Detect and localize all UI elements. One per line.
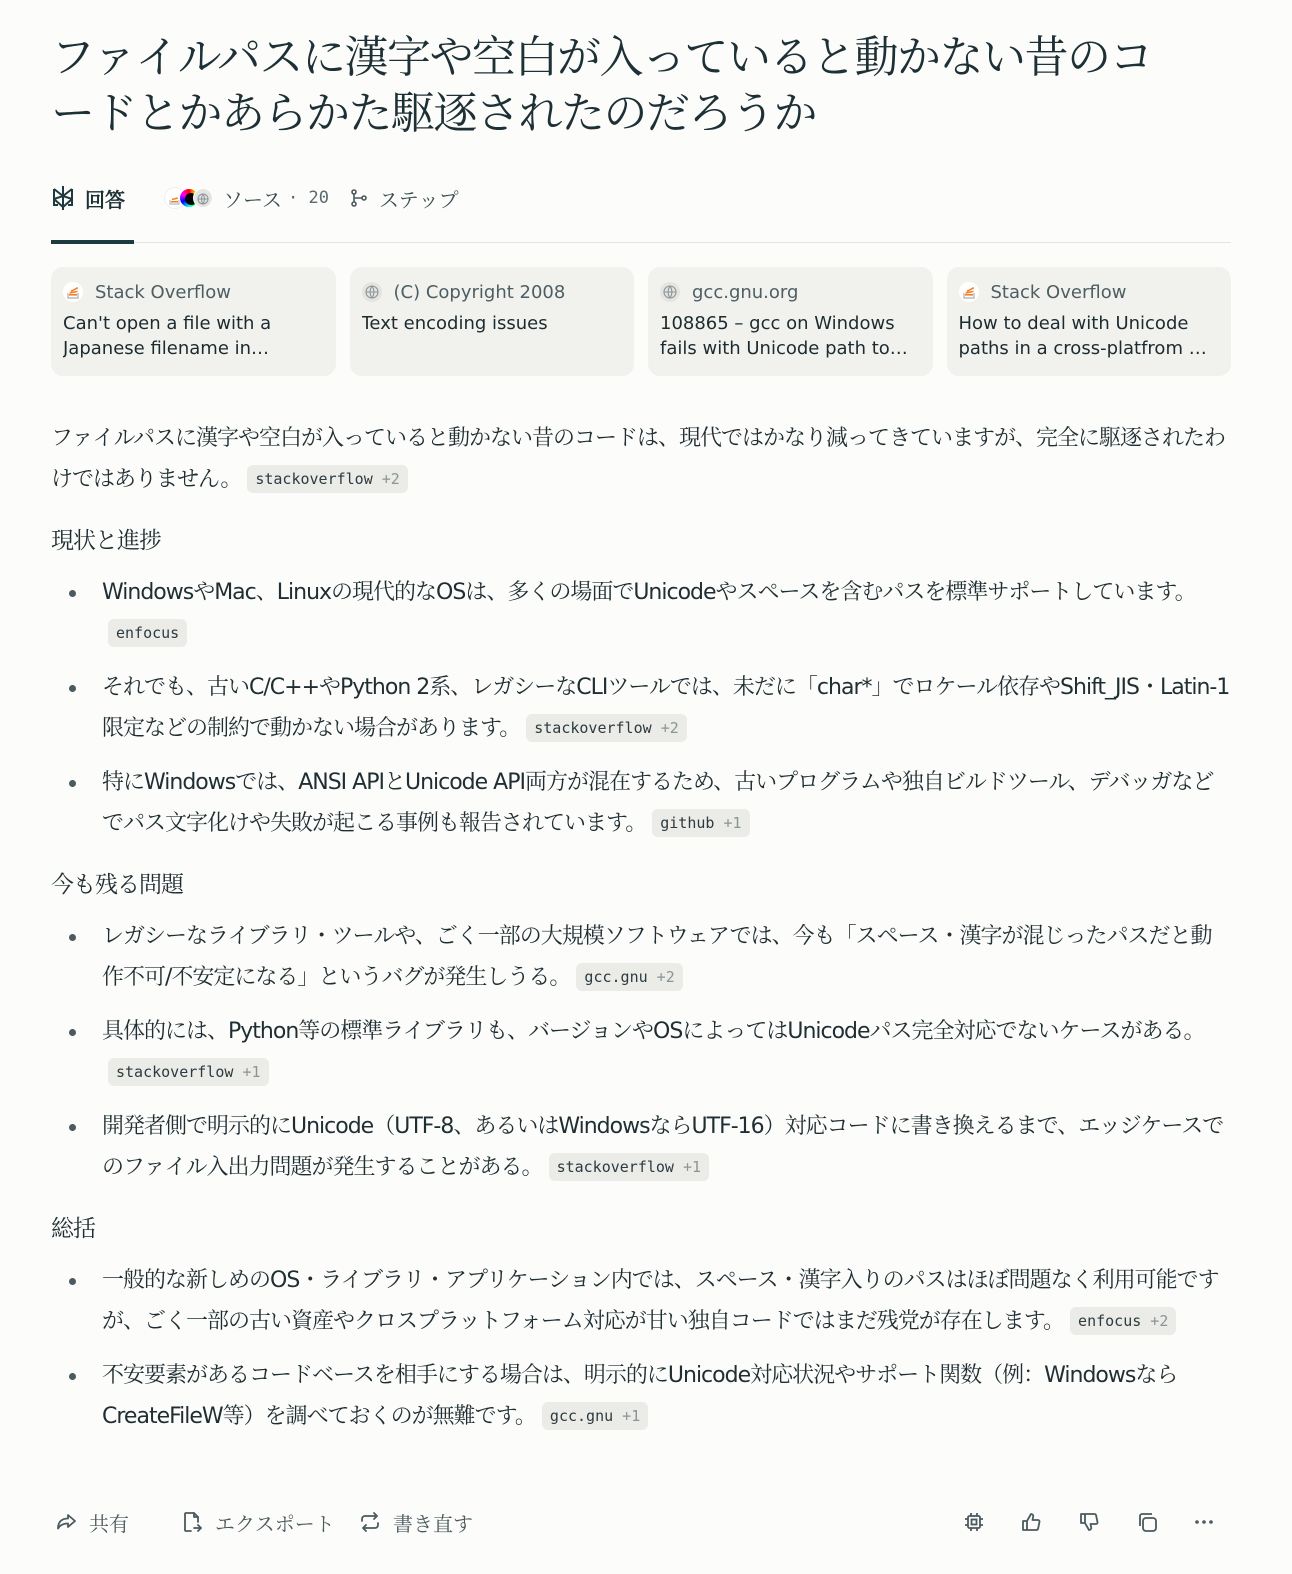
stackoverflow-icon — [959, 282, 979, 302]
citation-more: +2 — [661, 719, 679, 737]
citation-source: gcc.gnu — [550, 1407, 613, 1425]
share-button[interactable]: 共有 — [55, 1500, 129, 1544]
citation-more: +1 — [622, 1407, 640, 1425]
repeat-icon — [359, 1511, 381, 1533]
citation-more: +1 — [242, 1063, 260, 1081]
source-card[interactable]: Stack Overflow Can't open a file with a … — [51, 267, 336, 376]
answer-content: ファイルパスに漢字や空白が入っていると動かない昔のコードは、現代ではかなり減って… — [51, 418, 1231, 1450]
stackoverflow-icon — [63, 282, 83, 302]
list-item: 不安要素があるコードベースを相手にする場合は、明示的にUnicode対応状況やサ… — [51, 1355, 1231, 1437]
source-title: 108865 – gcc on Windows fails with Unico… — [660, 311, 921, 361]
source-site: (C) Copyright 2008 — [394, 282, 566, 303]
section-heading: 今も残る問題 — [51, 865, 1231, 906]
citation-badge[interactable]: enfocus +2 — [1070, 1307, 1176, 1335]
citation-source: enfocus — [116, 624, 179, 642]
bullet-list: レガシーなライブラリ・ツールや、ごく一部の大規模ソフトウェアでは、今も「スペース… — [51, 916, 1231, 1188]
export-button[interactable]: エクスポート — [181, 1500, 335, 1544]
thumbs-down-icon — [1078, 1511, 1100, 1533]
tab-bar: 回答 ソース · 20 ステップ — [51, 176, 1231, 243]
globe-icon — [362, 282, 382, 302]
list-item: それでも、古いC/C++やPython 2系、レガシーなCLIツールでは、未だに… — [51, 667, 1231, 749]
citation-badge[interactable]: gcc.gnu +2 — [576, 963, 682, 991]
section-heading: 総括 — [51, 1209, 1231, 1250]
citation-source: github — [660, 814, 714, 832]
share-icon — [55, 1511, 77, 1533]
citation-badge[interactable]: stackoverflow +1 — [108, 1058, 269, 1086]
citation-source: stackoverflow — [534, 719, 651, 737]
list-item: 特にWindowsでは、ANSI APIとUnicode API両方が混在するた… — [51, 762, 1231, 844]
tab-sources[interactable]: ソース · 20 — [165, 176, 329, 220]
steps-icon — [349, 188, 369, 208]
source-site: gcc.gnu.org — [692, 282, 798, 303]
sources-count: · 20 — [288, 188, 329, 208]
tab-steps[interactable]: ステップ — [349, 176, 459, 220]
item-text: 具体的には、Python等の標準ライブラリも、バージョンやOSによってはUnic… — [102, 1019, 1204, 1044]
citation-badge[interactable]: stackoverflow +2 — [247, 465, 408, 493]
answer-actions: 共有 エクスポート 書き直す — [51, 1500, 1231, 1544]
rewrite-label: 書き直す — [393, 1508, 473, 1537]
source-card[interactable]: (C) Copyright 2008 Text encoding issues — [350, 267, 635, 376]
page-title: ファイルパスに漢字や空白が入っていると動かない昔のコードとかあらかた駆逐されたの… — [51, 30, 1191, 142]
intro-text: ファイルパスに漢字や空白が入っていると動かない昔のコードは、現代ではかなり減って… — [51, 426, 1225, 492]
list-item: レガシーなライブラリ・ツールや、ごく一部の大規模ソフトウェアでは、今も「スペース… — [51, 916, 1231, 998]
citation-more: +2 — [1150, 1312, 1168, 1330]
copy-icon — [1136, 1511, 1158, 1533]
cpu-icon — [963, 1511, 985, 1533]
list-item: 一般的な新しめのOS・ライブラリ・アプリケーション内では、スペース・漢字入りのパ… — [51, 1260, 1231, 1342]
list-item: WindowsやMac、Linuxの現代的なOSは、多くの場面でUnicodeや… — [51, 572, 1231, 654]
perplexity-logo-icon — [51, 185, 75, 211]
item-text: 一般的な新しめのOS・ライブラリ・アプリケーション内では、スペース・漢字入りのパ… — [102, 1268, 1219, 1334]
citation-source: stackoverflow — [557, 1158, 674, 1176]
copy-button[interactable] — [1133, 1508, 1161, 1536]
citation-badge[interactable]: github +1 — [652, 809, 749, 837]
tab-answer-label: 回答 — [85, 184, 125, 213]
source-title: Can't open a file with a Japanese filena… — [63, 311, 324, 361]
more-options-button[interactable] — [1190, 1508, 1218, 1536]
citation-more: +1 — [683, 1158, 701, 1176]
thumbs-down-button[interactable] — [1075, 1508, 1103, 1536]
globe-icon — [193, 188, 213, 208]
citation-more: +1 — [723, 814, 741, 832]
list-item: 具体的には、Python等の標準ライブラリも、バージョンやOSによってはUnic… — [51, 1011, 1231, 1093]
source-card[interactable]: gcc.gnu.org 108865 – gcc on Windows fail… — [648, 267, 933, 376]
bullet-list: WindowsやMac、Linuxの現代的なOSは、多くの場面でUnicodeや… — [51, 572, 1231, 844]
model-button[interactable] — [960, 1508, 988, 1536]
source-site: Stack Overflow — [95, 282, 231, 303]
citation-source: stackoverflow — [116, 1063, 233, 1081]
citation-source: enfocus — [1078, 1312, 1141, 1330]
answer-intro: ファイルパスに漢字や空白が入っていると動かない昔のコードは、現代ではかなり減って… — [51, 418, 1231, 500]
tab-sources-label: ソース — [223, 184, 282, 213]
source-title: How to deal with Unicode paths in a cros… — [959, 311, 1220, 361]
thumbs-up-icon — [1020, 1511, 1042, 1533]
citation-source: stackoverflow — [255, 470, 372, 488]
citation-more: +2 — [382, 470, 400, 488]
citation-badge[interactable]: stackoverflow +1 — [549, 1153, 710, 1181]
source-favicons — [165, 188, 213, 208]
thumbs-up-button[interactable] — [1017, 1508, 1045, 1536]
source-title: Text encoding issues — [362, 311, 623, 336]
tab-answer[interactable]: 回答 — [51, 176, 125, 220]
citation-badge[interactable]: stackoverflow +2 — [526, 714, 687, 742]
citation-more: +2 — [657, 968, 675, 986]
globe-icon — [660, 282, 680, 302]
export-file-icon — [181, 1511, 203, 1533]
source-site: Stack Overflow — [991, 282, 1127, 303]
more-icon — [1193, 1511, 1215, 1533]
rewrite-button[interactable]: 書き直す — [359, 1500, 473, 1544]
list-item: 開発者側で明示的にUnicode（UTF-8、あるいはWindowsならUTF-… — [51, 1106, 1231, 1188]
section-heading: 現状と進捗 — [51, 521, 1231, 562]
source-card[interactable]: Stack Overflow How to deal with Unicode … — [947, 267, 1232, 376]
export-label: エクスポート — [215, 1508, 335, 1537]
active-tab-indicator — [51, 240, 134, 244]
source-cards: Stack Overflow Can't open a file with a … — [51, 267, 1231, 376]
citation-source: gcc.gnu — [584, 968, 647, 986]
tab-steps-label: ステップ — [379, 184, 459, 213]
item-text: WindowsやMac、Linuxの現代的なOSは、多くの場面でUnicodeや… — [102, 580, 1196, 605]
bullet-list: 一般的な新しめのOS・ライブラリ・アプリケーション内では、スペース・漢字入りのパ… — [51, 1260, 1231, 1437]
citation-badge[interactable]: gcc.gnu +1 — [542, 1402, 648, 1430]
share-label: 共有 — [89, 1508, 129, 1537]
citation-badge[interactable]: enfocus — [108, 619, 187, 647]
